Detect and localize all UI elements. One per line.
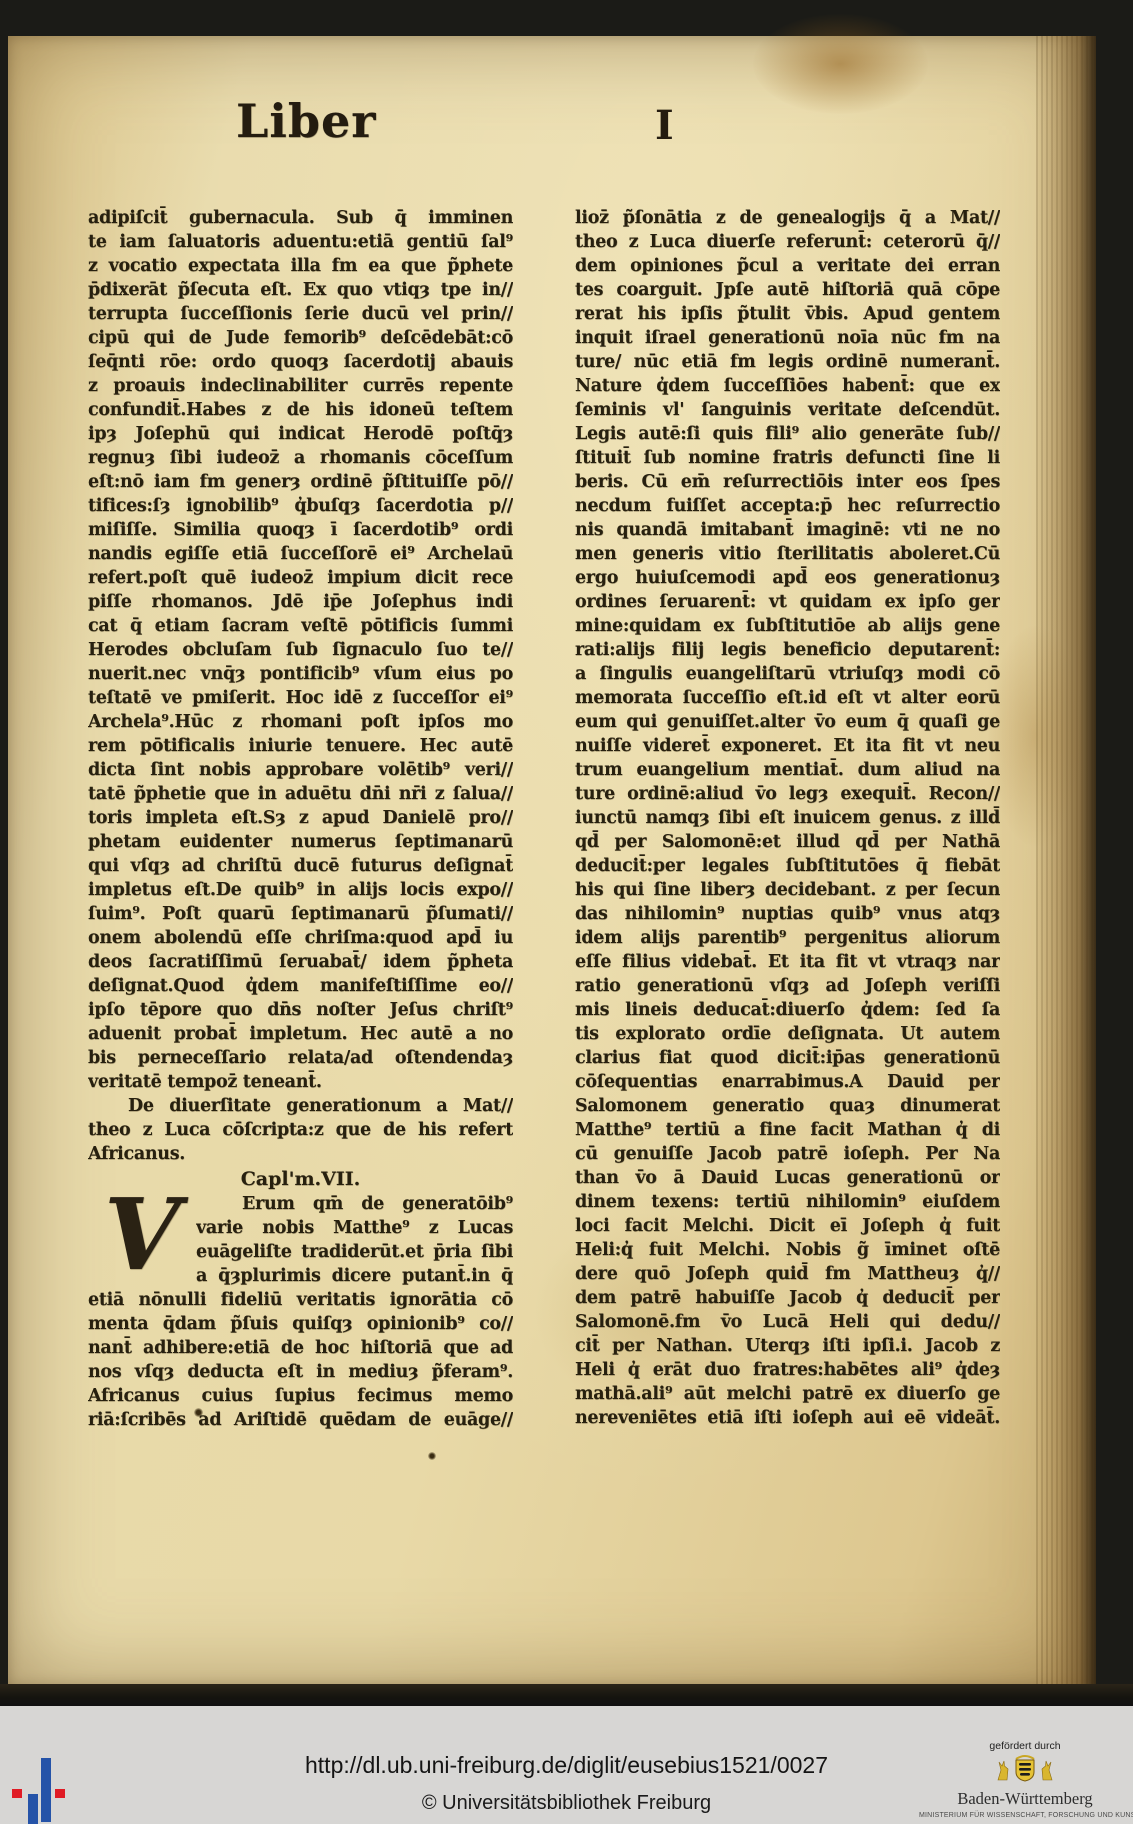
text-line: varie nobis Matthe⁹ z Lucas <box>196 1216 513 1240</box>
text-line: dem patrē habuiſſe Jacob q̓ deducit̄ per <box>575 1286 1000 1310</box>
text-line: menta q̄dam p̃ſuis quiſqȝ opinionib⁹ co/… <box>88 1312 513 1336</box>
text-line: beris. Cū em̄ reſurrectiōis inter eos ſp… <box>575 470 1000 494</box>
text-line: eſt:nō iam fm generȝ ordinē p̃ſtituiſſe … <box>88 470 513 494</box>
text-line: than v̄o ā Dauid Lucas generationū or <box>575 1166 1000 1190</box>
text-line: mine:quidam ex ſubſtitutiōe ab alijs gen… <box>575 614 1000 638</box>
text-line: cōſequentias enarrabimus.A Dauid per <box>575 1070 1000 1094</box>
text-line: z vocatio expectata illa fm ea que p̃phe… <box>88 254 513 278</box>
text-line: ſeminis vl' ſanguinis veritate deſcendūt… <box>575 398 1000 422</box>
text-line: cit̄ per Nathan. Uterqȝ iſti ipſi.i. Jac… <box>575 1334 1000 1358</box>
text-line: ture ordinē:aliud v̄o legȝ exequit̄. Rec… <box>575 782 1000 806</box>
text-line: cipū qui de Jude femorib⁹ deſcēdebāt:cō <box>88 326 513 350</box>
text-line: deſignat.Quod q̓dem manifeſtiſſime eo// <box>88 974 513 998</box>
text-line: ſuim⁹. Poſt quarū ſeptimanarū p̃ſumati// <box>88 902 513 926</box>
text-line: dere quō Joſeph quid̄ fm Mattheuȝ q̓// <box>575 1262 1000 1286</box>
text-line: idem alijs parentib⁹ pergenitus aliorum <box>575 926 1000 950</box>
chapter-summary-paragraph: De diuerſitate generationum a Mat//theo … <box>88 1094 513 1166</box>
text-line: Heli:q̓ fuit Melchi. Nobis g̃ īminet oſt… <box>575 1238 1000 1262</box>
paragraph: adipiſcit̄ gubernacula. Sub q̄ imminente… <box>88 206 513 1094</box>
text-line: etiā nōnulli fideliū veritatis ignorātia… <box>88 1288 513 1312</box>
running-title: Liber <box>236 94 376 148</box>
text-line: onem abolendū eſſe chriſma:quod apd̄ iu <box>88 926 513 950</box>
scanned-book-page: Liber I adipiſcit̄ gubernacula. Sub q̄ i… <box>0 0 1133 1824</box>
text-line: theo z Luca diuerſe referunt̄: ceterorū … <box>575 230 1000 254</box>
text-line: ture/ nūc etiā fm legis ordinē numerant̄… <box>575 350 1000 374</box>
text-line: dicta ſint nobis approbare volētib⁹ veri… <box>88 758 513 782</box>
text-line: rem pōtificalis iniurie tenuere. Hec aut… <box>88 734 513 758</box>
page-fore-edge <box>1036 36 1096 1686</box>
text-line: nandis egiſſe etiā ſucceſſorē ei⁹ Archel… <box>88 542 513 566</box>
text-line: Archela⁹.Hūc z rhomani poſt ipſos mo <box>88 710 513 734</box>
funding-label: gefördert durch <box>919 1740 1131 1752</box>
text-line: De diuerſitate generationum a Mat// <box>88 1094 513 1118</box>
text-line: riā:ſcribēs ad Ariſtidē quēdam de euāge/… <box>88 1408 513 1432</box>
text-line: Africanus cuius ſupius fecimus memo <box>88 1384 513 1408</box>
book-page-paper: Liber I adipiſcit̄ gubernacula. Sub q̄ i… <box>8 36 1096 1686</box>
text-line: mathā.ali⁹ aūt melchi patrē ex diuerſo g… <box>575 1382 1000 1406</box>
text-line: phetam euidenter numerus ſeptimanarū <box>88 830 513 854</box>
text-column-left: adipiſcit̄ gubernacula. Sub q̄ imminente… <box>88 206 513 1432</box>
text-line: adipiſcit̄ gubernacula. Sub q̄ imminen <box>88 206 513 230</box>
ink-spot <box>428 1452 436 1460</box>
text-line: nuerit.nec vnq̄ȝ pontificib⁹ vſum eius p… <box>88 662 513 686</box>
text-line: Heli q̓ erāt duo fratres:habētes ali⁹ q̓… <box>575 1358 1000 1382</box>
text-line: Erum qm̄ de generatōib⁹ chriſti <box>196 1192 513 1216</box>
text-line: regnuȝ ſibi iudeoz̄ a rhomanis cōceſſum <box>88 446 513 470</box>
text-line: das nihilomin⁹ nuptias quib⁹ vnus atqȝ <box>575 902 1000 926</box>
text-column-right: lioz̄ p̃ſonātia z de genealogijs q̄ a Ma… <box>575 206 1000 1430</box>
text-line: a ſingulis euangeliſtarū vtriuſqȝ modi c… <box>575 662 1000 686</box>
text-line: iunctū namqȝ ſibi eſt inuicem genus. z i… <box>575 806 1000 830</box>
text-line: Salomonem generatio quaȝ dinumerat <box>575 1094 1000 1118</box>
text-line: z proauis indeclinabiliter currēs repent… <box>88 374 513 398</box>
text-line: terrupta ſucceſſionis ſerie ducū vel pri… <box>88 302 513 326</box>
text-line: ſeq̄nti rōe: ordo quoqȝ ſacerdotij abaui… <box>88 350 513 374</box>
text-line: memorata ſucceſſio eſt.id eſt vt alter e… <box>575 686 1000 710</box>
footer-bar: http://dl.ub.uni-freiburg.de/diglit/euse… <box>0 1706 1133 1824</box>
book-bottom-edge <box>0 1684 1133 1706</box>
text-line: bis perneceſſario relata/ad oſtendendaȝ <box>88 1046 513 1070</box>
text-line: dem opiniones p̃cul a veritate dei erran <box>575 254 1000 278</box>
text-line: cū genuiſſe Jacob patrē ioſeph. Per Na <box>575 1142 1000 1166</box>
text-line: Herodes obcluſam ſub ſignaculo ſuo te// <box>88 638 513 662</box>
text-line: ordines ſeruarent̄: vt quidam ex ipſo ge… <box>575 590 1000 614</box>
text-line: dinem texens: tertiū nihilomin⁹ eiuſdem <box>575 1190 1000 1214</box>
text-line: aduenit probat̄ impletum. Hec autē a no <box>88 1022 513 1046</box>
text-line: nereveniētes etiā iſti ioſeph aui eē vid… <box>575 1406 1000 1430</box>
text-line: confundit̄.Habes z de his idoneū teſtem <box>88 398 513 422</box>
text-line: piſſe rhomanos. Jdē ip̄e Joſephus indi <box>88 590 513 614</box>
text-line: impletus eſt.De quib⁹ in alijs locis exp… <box>88 878 513 902</box>
text-line: a q̄ȝplurimis dicere putant̄.in q̄ <box>196 1264 513 1288</box>
drop-cap-initial: V <box>88 1192 196 1288</box>
funding-ministry: MINISTERIUM FÜR WISSENSCHAFT, FORSCHUNG … <box>919 1812 1131 1819</box>
text-line: mis lineis deducat̄:diuerſo q̓dem: ſed ſ… <box>575 998 1000 1022</box>
text-line: deos ſacratiſſimū ſeruabat̄/ idem p̃phet… <box>88 950 513 974</box>
funding-region: Baden-Württemberg <box>919 1789 1131 1809</box>
text-line: tes coarguit. Jpſe autē hiſtoriā quā cōp… <box>575 278 1000 302</box>
text-line: clarius fiat quod dicit̄:ip̄as generatio… <box>575 1046 1000 1070</box>
text-line: men generis vitio ſterilitatis aboleret.… <box>575 542 1000 566</box>
text-line: eſſe filius videbat̄. Et ita fit vt vtra… <box>575 950 1000 974</box>
text-line: loci facit Melchi. Dicit eī Joſeph q̓ fu… <box>575 1214 1000 1238</box>
text-line: lioz̄ p̃ſonātia z de genealogijs q̄ a Ma… <box>575 206 1000 230</box>
text-line: theo z Luca cōſcripta:z que de his refer… <box>88 1118 513 1142</box>
text-line: trum euangelium mentiat̄. dum aliud na <box>575 758 1000 782</box>
paper-stain <box>753 14 928 114</box>
funding-badge: gefördert durch Baden-Württemberg MINIST… <box>919 1740 1131 1819</box>
text-line: p̄dixerāt p̃ſecuta eſt. Ex quo vtiqȝ tpe… <box>88 278 513 302</box>
text-line: eum qui genuiſſet.alter v̄o eum q̄ quaſi… <box>575 710 1000 734</box>
text-line: his qui ſine liberȝ decidebant. z per ſe… <box>575 878 1000 902</box>
baden-wuerttemberg-coat-of-arms-icon <box>992 1753 1058 1783</box>
text-line: ergo huiuſcemodi apd̄ eos generationuȝ <box>575 566 1000 590</box>
text-line: qd̄ per Salomonē:et illud qd̄ per Nathā <box>575 830 1000 854</box>
text-line: Legis autē:ſi quis fili⁹ alio generāte ſ… <box>575 422 1000 446</box>
text-line: rati:alijs filij legis beneficio deputar… <box>575 638 1000 662</box>
text-line: Salomonē.fm v̄o Lucā Heli qui dedu// <box>575 1310 1000 1334</box>
paragraph: etiā nōnulli fideliū veritatis ignorātia… <box>88 1288 513 1432</box>
text-line: toris impleta eſt.Sȝ z apud Danielē pro/… <box>88 806 513 830</box>
text-line: rerat his ipſis p̃tulit v̄bis. Apud gent… <box>575 302 1000 326</box>
page-number-roman: I <box>655 102 674 149</box>
text-line: qui vſqȝ ad chriſtū ducē futurus deſigna… <box>88 854 513 878</box>
text-line: inquit iſrael generationū noīa nūc fm na <box>575 326 1000 350</box>
text-line: ratio generationū vſqȝ ad Joſeph veriſſi <box>575 974 1000 998</box>
text-line: necdum fuiſſet accepta:p̄ hec reſurrecti… <box>575 494 1000 518</box>
text-line: teſtatē ve pmiſerit. Hoc idē z ſucceſſor… <box>88 686 513 710</box>
text-line: miſiſſe. Similia quoqȝ ī ſacerdotib⁹ ord… <box>88 518 513 542</box>
paragraph: lioz̄ p̃ſonātia z de genealogijs q̄ a Ma… <box>575 206 1000 1430</box>
text-line: Matthe⁹ tertiū a fine facit Mathan q̓ di <box>575 1118 1000 1142</box>
text-line: nuiſſe videret̄ exponeret. Et ita fit vt… <box>575 734 1000 758</box>
text-line: ſtituit̄ ſub nomine fratris defuncti ſin… <box>575 446 1000 470</box>
text-line: ipſo tēpore quo dn̄s noſter Jeſus chriſt… <box>88 998 513 1022</box>
text-line: deducit̄:per legales ſubſtitutōes q̄ fie… <box>575 854 1000 878</box>
text-line: nant̄ adhibere:etiā de hoc hiſtoriā que … <box>88 1336 513 1360</box>
text-line: nos vſqȝ deducta eſt in mediuȝ p̃feram⁹. <box>88 1360 513 1384</box>
text-line: euāgeliſte tradiderūt.et p̄ria ſibi <box>196 1240 513 1264</box>
chapter-opening: V Erum qm̄ de generatōib⁹ chriſtivarie n… <box>88 1192 513 1288</box>
text-line: tis explorato ordīe deſignata. Ut autem <box>575 1022 1000 1046</box>
text-line: cat q̄ etiam ſacram veſtē pōtificis ſumm… <box>88 614 513 638</box>
text-line: tifices:ſȝ ignobilib⁹ q̓buſqȝ ſacerdotia… <box>88 494 513 518</box>
text-line: tatē p̃phetie que in aduētu dn̄i nr̄i z … <box>88 782 513 806</box>
text-line: Africanus. <box>88 1142 513 1166</box>
text-line: nis quandā imitabant̄ imaginē: vti ne no <box>575 518 1000 542</box>
text-line: ipȝ Joſephū qui indicat Herodē poſtq̄ȝ <box>88 422 513 446</box>
text-line: Nature q̓dem ſucceſſiōes habent̄: que ex <box>575 374 1000 398</box>
text-line: te iam ſaluatoris aduentu:etiā gentiū ſa… <box>88 230 513 254</box>
text-line: veritatē tempoz̄ teneant̄. <box>88 1070 513 1094</box>
text-line: refert.poſt quē iudeoz̄ impium dicit rec… <box>88 566 513 590</box>
paragraph: Erum qm̄ de generatōib⁹ chriſtivarie nob… <box>196 1192 513 1288</box>
